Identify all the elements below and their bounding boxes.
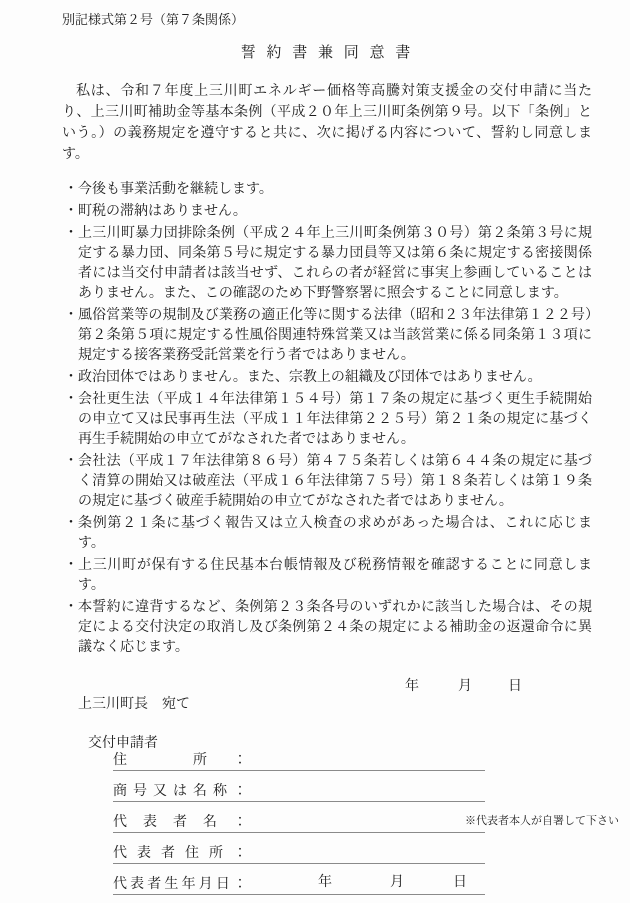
field-company-name: 商号又は名称： (113, 771, 485, 802)
date-month-label: 月 (458, 675, 472, 695)
birthdate-month-label: 月 (390, 871, 404, 891)
pledge-item: ・ 条例第２１条に基づく報告又は立入検査の求めがあった場合は、これに応じます。 (62, 513, 592, 553)
applicant-heading: 交付申請者 (88, 736, 592, 751)
field-company-name-label: 商号又は名称： (113, 783, 247, 801)
pledge-text: 町税の滞納はありません。 (78, 203, 247, 219)
pledge-text: 条例第２１条に基づく報告又は立入検査の求めがあった場合は、これに応じます。 (78, 515, 592, 551)
bullet-icon: ・ (64, 179, 78, 199)
field-representative-address-label: 代表者住所： (113, 845, 247, 863)
bullet-icon: ・ (64, 389, 78, 409)
pledge-text: 上三川町暴力団排除条例（平成２４年上三川町条例第３０号）第２条第３号に規定する暴… (78, 225, 592, 301)
pledge-text: 会社法（平成１７年法律第８６号）第４７５条若しくは第６４４条の規定に基づく清算の… (78, 453, 592, 509)
addressee-line: 上三川町長 宛て (78, 697, 592, 712)
pledge-item: ・ 会社更生法（平成１４年法律第１５４号）第１７条の規定に基づく更生手続開始の申… (62, 389, 592, 449)
self-signature-note: ※代表者本人が自署して下さい (465, 812, 619, 828)
pledge-item: ・ 風俗営業等の規制及び業務の適正化等に関する法律（昭和２３年法律第１２２号）第… (62, 305, 592, 365)
field-representative-birthdate-label: 代表者生年月日： (113, 876, 247, 894)
date-day-label: 日 (508, 675, 522, 695)
form-number: 別記様式第２号（第７条関係） (62, 13, 592, 29)
bullet-icon: ・ (64, 451, 78, 471)
birthdate-day-label: 日 (453, 871, 467, 891)
bullet-icon: ・ (64, 597, 78, 617)
birthdate-year-label: 年 (318, 871, 332, 891)
pledge-text: 風俗営業等の規制及び業務の適正化等に関する法律（昭和２３年法律第１２２号）第２条… (78, 307, 592, 363)
field-representative-name: 代表者名： ※代表者本人が自署して下さい (113, 802, 485, 833)
pledge-text: 会社更生法（平成１４年法律第１５４号）第１７条の規定に基づく更生手続開始の申立て… (78, 391, 592, 447)
pledge-item: ・ 会社法（平成１７年法律第８６号）第４７５条若しくは第６４４条の規定に基づく清… (62, 451, 592, 511)
pledge-consent-document: 別記様式第２号（第７条関係） 誓 約 書 兼 同 意 書 私は、令和７年度上三川… (0, 0, 630, 903)
date-year-label: 年 (405, 675, 419, 695)
pledge-list: ・ 今後も事業活動を継続します。 ・ 町税の滞納はありません。 ・ 上三川町暴力… (62, 179, 592, 657)
field-address-label: 住 所： (113, 752, 247, 770)
bullet-icon: ・ (64, 367, 78, 387)
pledge-text: 本誓約に違背するなど、条例第２３条各号のいずれかに該当した場合は、その規定による… (78, 599, 592, 655)
bullet-icon: ・ (64, 201, 78, 221)
intro-paragraph: 私は、令和７年度上三川町エネルギー価格等高騰対策支援金の交付申請に当たり、上三川… (62, 81, 592, 165)
bullet-icon: ・ (64, 555, 78, 575)
field-address: 住 所： (113, 751, 485, 771)
bullet-icon: ・ (64, 305, 78, 325)
pledge-item: ・ 今後も事業活動を継続します。 (62, 179, 592, 199)
bullet-icon: ・ (64, 223, 78, 243)
pledge-text: 政治団体ではありません。また、宗教上の組織及び団体ではありません。 (78, 369, 542, 385)
applicant-fields: 住 所： 商号又は名称： 代表者名： ※代表者本人が自署して下さい 代表者住所：… (113, 751, 485, 895)
pledge-item: ・ 政治団体ではありません。また、宗教上の組織及び団体ではありません。 (62, 367, 592, 387)
pledge-text: 上三川町が保有する住民基本台帳情報及び税務情報を確認することに同意します。 (78, 557, 592, 593)
pledge-text: 今後も事業活動を継続します。 (78, 181, 273, 197)
document-title: 誓 約 書 兼 同 意 書 (62, 42, 592, 62)
field-representative-address: 代表者住所： (113, 833, 485, 864)
date-line: 年 月 日 (62, 675, 592, 691)
pledge-item: ・ 上三川町が保有する住民基本台帳情報及び税務情報を確認することに同意します。 (62, 555, 592, 595)
pledge-item: ・ 町税の滞納はありません。 (62, 201, 592, 221)
field-representative-name-label: 代表者名： (113, 814, 247, 832)
pledge-item: ・ 上三川町暴力団排除条例（平成２４年上三川町条例第３０号）第２条第３号に規定す… (62, 223, 592, 303)
field-representative-birthdate: 代表者生年月日： 年 月 日 (113, 864, 485, 895)
bullet-icon: ・ (64, 513, 78, 533)
pledge-item: ・ 本誓約に違背するなど、条例第２３条各号のいずれかに該当した場合は、その規定に… (62, 597, 592, 657)
